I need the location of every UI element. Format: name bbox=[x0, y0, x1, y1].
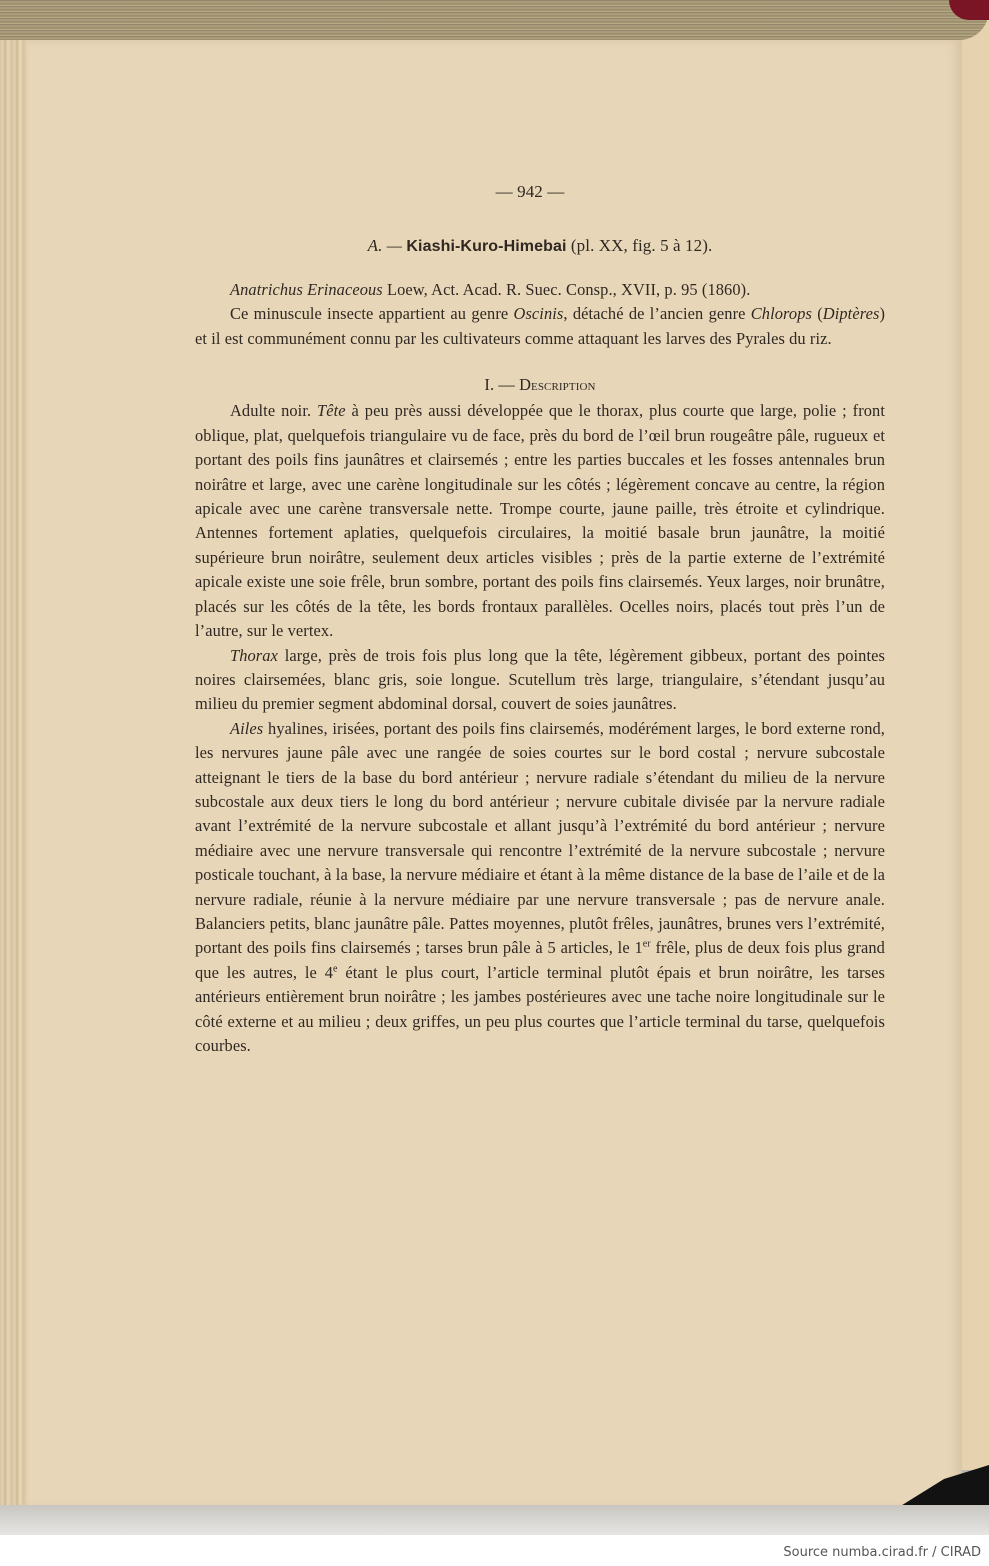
term-thorax: Thorax bbox=[230, 646, 278, 665]
page-number: — 942 — bbox=[175, 180, 885, 204]
thorax-paragraph: Thorax large, près de trois fois plus lo… bbox=[195, 644, 885, 717]
ordinal-superscript: er bbox=[643, 939, 651, 950]
genus-oscinis: Oscinis bbox=[514, 304, 564, 323]
paragraph-text: large, près de trois fois plus long que … bbox=[195, 646, 885, 714]
intro-text: Ce minuscule insecte appartient au genre bbox=[230, 304, 514, 323]
term-tete: Tête bbox=[317, 401, 346, 420]
book-top-edge bbox=[0, 0, 989, 40]
paragraph-text: Adulte noir. bbox=[230, 401, 317, 420]
title-prefix: A. — bbox=[368, 236, 407, 255]
source-credit: Source numba.cirad.fr / CIRAD bbox=[783, 1545, 981, 1560]
genus-chlorops: Chlorops bbox=[751, 304, 812, 323]
paragraph-text: hyalines, irisées, portant des poils fin… bbox=[195, 719, 885, 958]
section-title: A. — Kiashi-Kuro-Himebai (pl. XX, fig. 5… bbox=[195, 234, 885, 259]
page-text: — 942 — A. — Kiashi-Kuro-Himebai (pl. XX… bbox=[195, 180, 885, 1058]
intro-text: ( bbox=[812, 304, 823, 323]
intro-paragraph: Ce minuscule insecte appartient au genre… bbox=[195, 302, 885, 351]
scanned-book-photo: — 942 — A. — Kiashi-Kuro-Himebai (pl. XX… bbox=[0, 0, 989, 1535]
order-diptera: Diptères bbox=[823, 304, 880, 323]
head-paragraph: Adulte noir. Tête à peu près aussi dével… bbox=[195, 399, 885, 643]
wings-paragraph: Ailes hyalines, irisées, portant des poi… bbox=[195, 717, 885, 1059]
section-heading: I. — Description bbox=[195, 373, 885, 397]
paragraph-text: à peu près aussi développée que le thora… bbox=[195, 401, 885, 640]
adjacent-page-edge bbox=[960, 20, 989, 1470]
citation-text: Loew, Act. Acad. R. Suec. Consp., XVII, … bbox=[383, 280, 751, 299]
scan-bottom-shadow bbox=[0, 1505, 989, 1535]
title-name: Kiashi-Kuro-Himebai bbox=[406, 238, 566, 255]
intro-text: , détaché de l’ancien genre bbox=[563, 304, 750, 323]
term-ailes: Ailes bbox=[230, 719, 263, 738]
title-reference: (pl. XX, fig. 5 à 12). bbox=[567, 236, 713, 255]
species-name: Anatrichus Erinaceous bbox=[230, 280, 383, 299]
citation-paragraph: Anatrichus Erinaceous Loew, Act. Acad. R… bbox=[195, 278, 885, 302]
